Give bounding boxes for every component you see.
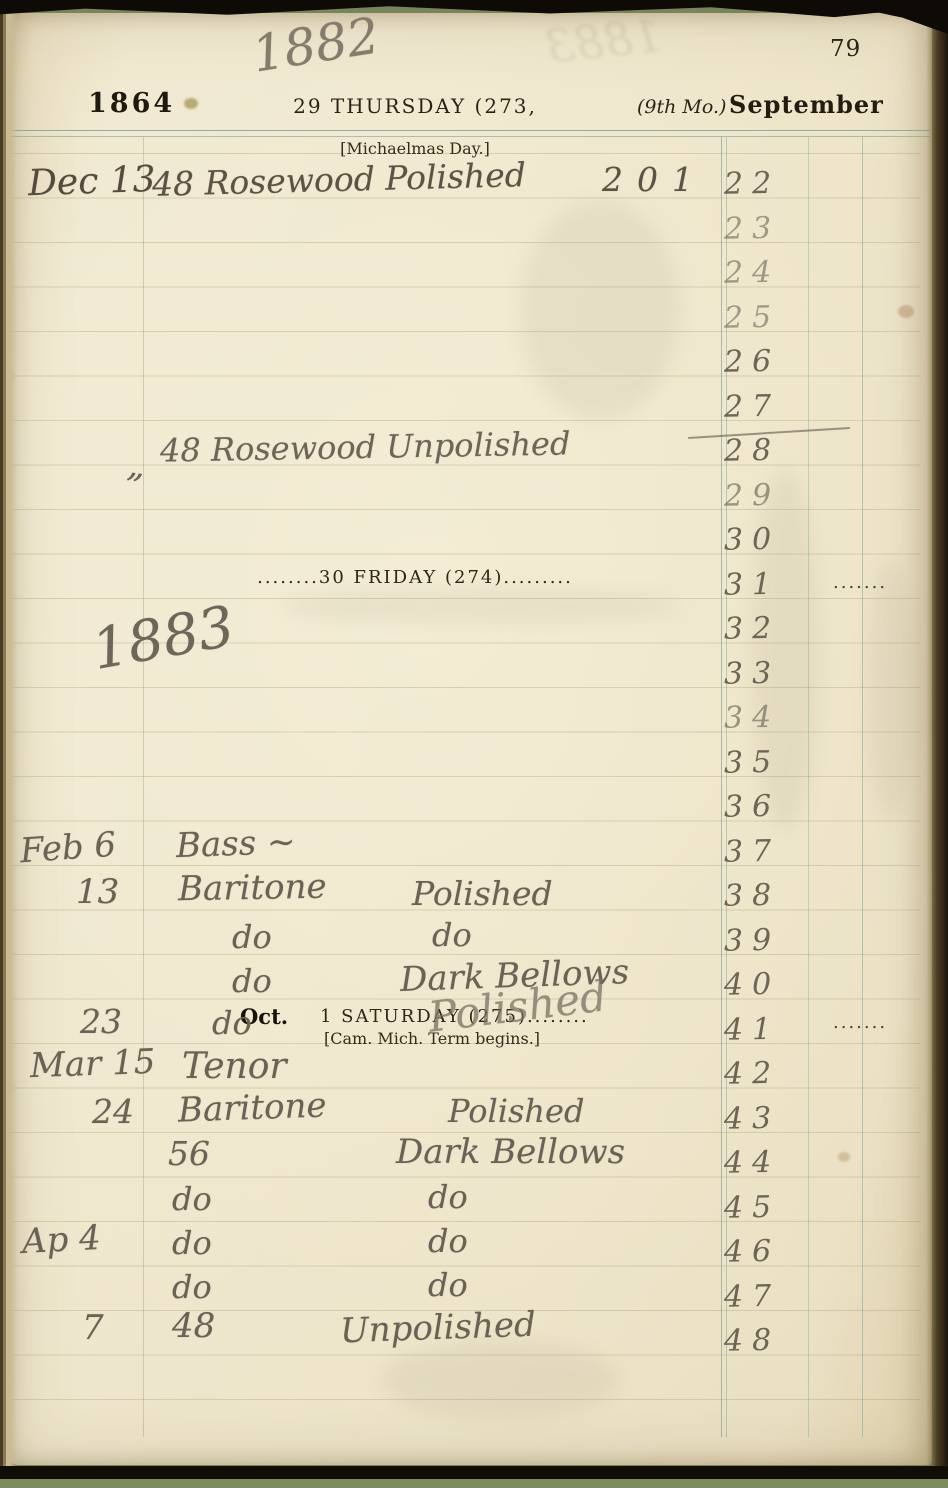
serial-number: 24 — [724, 250, 805, 296]
entry-date-row37: Feb 6 — [19, 825, 118, 872]
foxing-spot — [838, 1152, 850, 1162]
entry-finish-row47: do — [428, 1266, 468, 1304]
margin-rule-1 — [808, 137, 809, 1437]
entry-item-row44: 56 — [168, 1134, 210, 1173]
showthrough-smudge — [520, 200, 680, 420]
entry-item-row40: do — [232, 962, 272, 1000]
margin-rule-2 — [862, 137, 863, 1437]
showthrough-smudge — [280, 588, 680, 624]
header-rule-top — [8, 130, 930, 131]
date-column-rule — [143, 137, 144, 1437]
entry-date-row38: 13 — [76, 872, 119, 912]
entry-date-row43: 24 — [92, 1092, 134, 1131]
entry-amount-row22: 201 — [602, 160, 707, 199]
month-prefix: (9th Mo.) — [637, 96, 726, 118]
serial-number: 30 — [724, 517, 805, 563]
entry-item-row28: 48 Rosewood Unpolished — [160, 424, 571, 469]
entry-finish-row38: Polished — [412, 874, 553, 913]
diary-page-scan: 79 1864 29 THURSDAY (273, (9th Mo.) Sept… — [0, 0, 948, 1488]
serial-number: 41 — [724, 1007, 805, 1053]
foxing-spot — [898, 305, 914, 318]
serial-number: 43 — [724, 1096, 805, 1142]
serial-number: 39 — [724, 918, 805, 964]
entry-item-row42: Tenor — [182, 1046, 287, 1087]
serial-number: 31 — [724, 562, 805, 608]
entry-item-row39: do — [232, 918, 272, 956]
entry-finish-row48: Unpolished — [339, 1305, 536, 1352]
entry-item-row41: do — [212, 1004, 252, 1042]
binding-edge — [0, 0, 18, 1488]
serial-number: 42 — [724, 1051, 805, 1097]
serial-column-rule-a — [721, 137, 722, 1437]
scan-bottom-edge — [0, 1458, 948, 1488]
entry-date-row46: Ap 4 — [21, 1218, 102, 1262]
serial-number-column: 2223242526272829303132333435363738394041… — [724, 162, 804, 1364]
entry-finish-row44: Dark Bellows — [396, 1132, 625, 1172]
serial-number: 22 — [724, 161, 805, 207]
entry-item-row37: Bass ~ — [175, 822, 296, 866]
entry-item-row38: Baritone — [178, 867, 327, 910]
friday-heading: ........30 FRIDAY (274)......... — [0, 567, 830, 588]
ink-blot — [184, 98, 198, 109]
serial-number: 27 — [724, 384, 805, 430]
serial-number: 47 — [724, 1274, 805, 1320]
michaelmas-note: [Michaelmas Day.] — [0, 139, 830, 158]
page-number: 79 — [830, 36, 861, 62]
serial-number: 35 — [724, 740, 805, 786]
serial-number: 32 — [724, 606, 805, 652]
header-rule-bottom — [8, 136, 930, 137]
serial-number: 44 — [724, 1140, 805, 1186]
month-name: September — [729, 90, 884, 119]
entry-date-row48: 7 — [82, 1308, 104, 1348]
entry-finish-row45: do — [428, 1178, 468, 1216]
entry-item-row47: do — [172, 1268, 212, 1306]
entry-item-row45: do — [172, 1180, 212, 1218]
entry-item-row48: 48 — [172, 1306, 215, 1346]
entry-date-row22: Dec 13 — [27, 159, 156, 204]
page-right-edge — [926, 0, 948, 1488]
serial-number: 37 — [724, 829, 805, 875]
showthrough-smudge — [380, 1340, 620, 1420]
serial-number: 29 — [724, 473, 805, 519]
entry-date-row42: Mar 15 — [29, 1042, 156, 1086]
serial-number: 34 — [724, 695, 805, 741]
serial-number: 23 — [724, 206, 805, 252]
friday-margin-dots: ....... — [833, 572, 887, 593]
serial-number: 36 — [724, 784, 805, 830]
serial-number: 25 — [724, 295, 805, 341]
showthrough-smudge — [866, 560, 916, 820]
serial-number: 48 — [724, 1318, 805, 1364]
entry-finish-row46: do — [428, 1222, 468, 1260]
serial-number: 33 — [724, 651, 805, 697]
entry-finish-row39: do — [432, 916, 472, 954]
entry-date-row41: 23 — [80, 1002, 122, 1041]
serial-number: 45 — [724, 1185, 805, 1231]
serial-number: 26 — [724, 339, 805, 385]
saturday-margin-dots: ....... — [833, 1012, 887, 1033]
serial-number: 38 — [724, 873, 805, 919]
serial-number: 40 — [724, 962, 805, 1008]
entry-item-row43: Baritone — [177, 1085, 327, 1130]
entry-finish-row43: Polished — [448, 1092, 584, 1130]
serial-number: 46 — [724, 1229, 805, 1275]
entry-item-row46: do — [172, 1224, 212, 1262]
